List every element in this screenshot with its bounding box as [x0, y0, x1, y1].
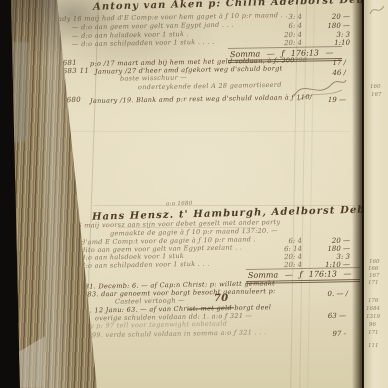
facing-fragment: 160 — [369, 259, 380, 265]
amount-col2: 180 — — [306, 22, 350, 31]
entry-text: January /19. Blank amd p:r rest weg d'sc… — [90, 93, 312, 105]
year-note: a:o 1680 — [166, 201, 193, 207]
entry-text: onderteykende deel A 28 geamortiseerd — [138, 81, 282, 92]
facing-fragment: 171 — [368, 280, 379, 286]
facing-fragment: 171 — [368, 330, 379, 336]
facing-fragment: 160 — [370, 84, 381, 90]
facing-fragment: 167 — [371, 92, 382, 98]
facing-fragment: 1684 — [366, 306, 380, 312]
amount-col2: 20 — — [306, 13, 350, 22]
facing-fragment: 1319 — [366, 314, 380, 320]
amount-col1: 6: 4 — [276, 22, 302, 30]
facing-fragment: 111 — [368, 343, 379, 349]
somma-value: — ƒ 176:13 — — [285, 269, 352, 279]
amount-col1: 3: 4 — [276, 13, 302, 21]
side-note: 308 — [294, 56, 307, 64]
facing-fragment: 96 — [369, 322, 376, 328]
facing-fragment: 176 — [368, 298, 379, 304]
facing-fragment: 167 — [369, 273, 380, 279]
ledger-line: — d:o aan schilpadden voor 1 stuk . . . … — [72, 38, 215, 48]
fore-edge-stain — [13, 42, 29, 142]
account1-header: Antony van Aken p: Chilin Adelborst Debe… — [93, 0, 378, 13]
entry-amount: 19 — — [314, 96, 346, 105]
facing-fragment: 166 — [368, 266, 379, 272]
ledger-photograph: Antony van Aken p: Chilin Adelborst Debe… — [0, 0, 388, 388]
facing-page-edge: 160 167 160 166 167 171 176 1684 1319 96… — [364, 0, 388, 388]
entry-text: baste wisschuur — — [120, 73, 187, 82]
big-number: 70 — [214, 293, 229, 304]
fore-edge-light-wedge — [15, 336, 45, 388]
section-divider-rule — [60, 131, 350, 132]
entry-amount: 17 ∕ — [316, 59, 346, 68]
entry-amount: 63 — — [314, 312, 346, 321]
entry-amount: 0. — ∕ — [312, 290, 348, 299]
entry-amount: 97 - — [316, 330, 346, 339]
ink-scribble — [368, 2, 386, 18]
